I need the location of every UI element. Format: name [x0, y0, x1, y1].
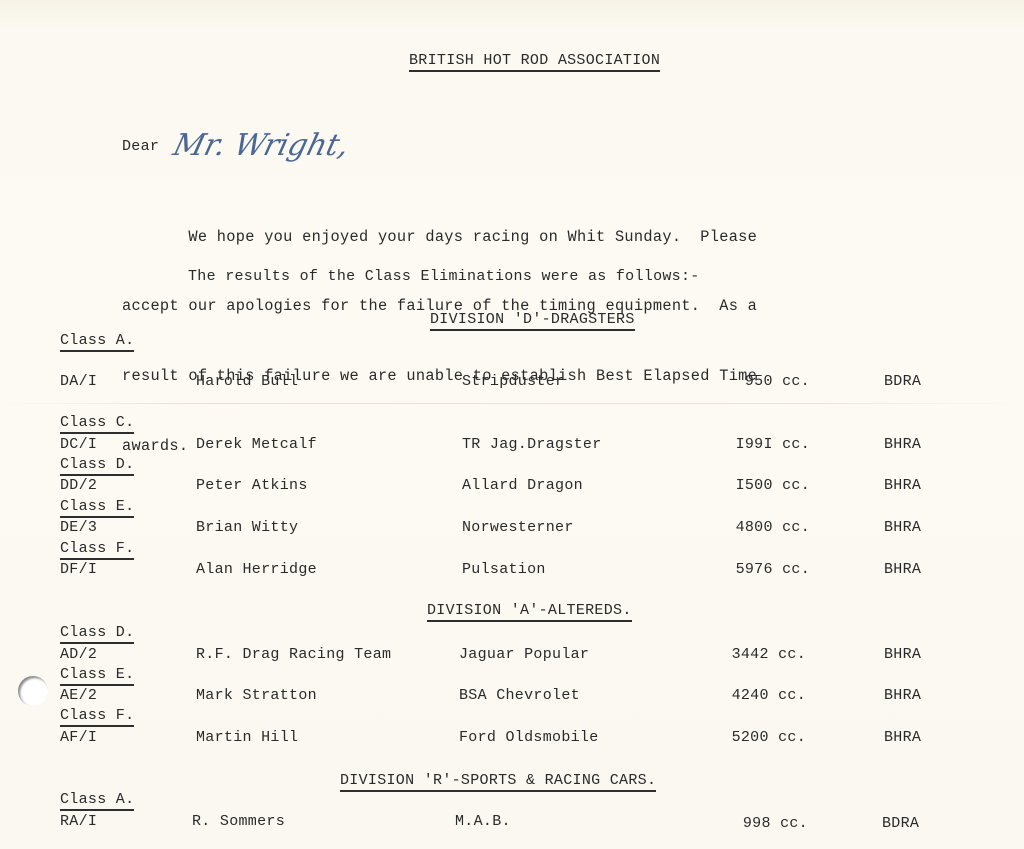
entry-driver: Peter Atkins: [196, 477, 308, 494]
entry-club: BDRA: [882, 815, 919, 832]
entry-car: Stripduster: [462, 373, 564, 390]
entry-cc: 4240 cc.: [696, 687, 806, 704]
entry-club: BHRA: [884, 646, 921, 663]
entry-driver: Derek Metcalf: [196, 436, 317, 453]
entry-driver: R. Sommers: [192, 813, 285, 830]
class-label: Class D.: [60, 624, 134, 644]
class-label: Class C.: [60, 414, 134, 434]
results-intro: The results of the Class Eliminations we…: [188, 268, 700, 285]
entry-cc: 998 cc.: [698, 815, 808, 832]
entry-driver: Alan Herridge: [196, 561, 317, 578]
entry-club: BHRA: [884, 436, 921, 453]
entry-driver: Brian Witty: [196, 519, 298, 536]
division-heading-altereds: DIVISION 'A'-ALTEREDS.: [427, 602, 632, 622]
entry-cc: 3442 cc.: [696, 646, 806, 663]
entry-code: RA/I: [60, 813, 97, 830]
entry-code: DD/2: [60, 477, 97, 494]
entry-club: BHRA: [884, 519, 921, 536]
entry-club: BHRA: [884, 687, 921, 704]
paragraph-line: We hope you enjoyed your days racing on …: [122, 226, 757, 249]
entry-car: Ford Oldsmobile: [459, 729, 599, 746]
letter-paragraph: We hope you enjoyed your days racing on …: [122, 179, 757, 505]
entry-car: Allard Dragon: [462, 477, 583, 494]
entry-driver: R.F. Drag Racing Team: [196, 646, 391, 663]
class-label: Class F.: [60, 540, 134, 560]
entry-club: BDRA: [884, 373, 921, 390]
class-label: Class E.: [60, 666, 134, 686]
entry-cc: 5976 cc.: [700, 561, 810, 578]
entry-cc: I500 cc.: [700, 477, 810, 494]
entry-cc: 950 cc.: [700, 373, 810, 390]
entry-code: AD/2: [60, 646, 97, 663]
entry-code: DF/I: [60, 561, 97, 578]
salutation: Dear: [122, 138, 159, 155]
entry-car: BSA Chevrolet: [459, 687, 580, 704]
class-label: Class E.: [60, 498, 134, 518]
entry-cc: I99I cc.: [700, 436, 810, 453]
class-label: Class D.: [60, 456, 134, 476]
entry-cc: 5200 cc.: [696, 729, 806, 746]
entry-car: M.A.B.: [455, 813, 511, 830]
entry-code: DC/I: [60, 436, 97, 453]
entry-code: DA/I: [60, 373, 97, 390]
document-title: BRITISH HOT ROD ASSOCIATION: [409, 52, 660, 72]
entry-driver: Martin Hill: [196, 729, 298, 746]
entry-code: AF/I: [60, 729, 97, 746]
division-heading-dragsters: DIVISION 'D'-DRAGSTERS: [430, 311, 635, 331]
entry-car: TR Jag.Dragster: [462, 436, 602, 453]
entry-car: Norwesterner: [462, 519, 574, 536]
entry-car: Jaguar Popular: [459, 646, 589, 663]
entry-car: Pulsation: [462, 561, 546, 578]
punch-hole: [18, 676, 48, 706]
class-label: Class A.: [60, 791, 134, 811]
entry-club: BHRA: [884, 477, 921, 494]
division-heading-sports-racing: DIVISION 'R'-SPORTS & RACING CARS.: [340, 772, 656, 792]
entry-cc: 4800 cc.: [700, 519, 810, 536]
entry-club: BHRA: [884, 729, 921, 746]
class-label: Class A.: [60, 332, 134, 352]
entry-code: DE/3: [60, 519, 97, 536]
letter-page: BRITISH HOT ROD ASSOCIATION Dear Mr. Wri…: [0, 0, 1024, 849]
class-label: Class F.: [60, 707, 134, 727]
entry-code: AE/2: [60, 687, 97, 704]
entry-club: BHRA: [884, 561, 921, 578]
entry-driver: Harold Bull: [196, 373, 298, 390]
entry-driver: Mark Stratton: [196, 687, 317, 704]
handwritten-recipient: Mr. Wright,: [170, 128, 353, 163]
